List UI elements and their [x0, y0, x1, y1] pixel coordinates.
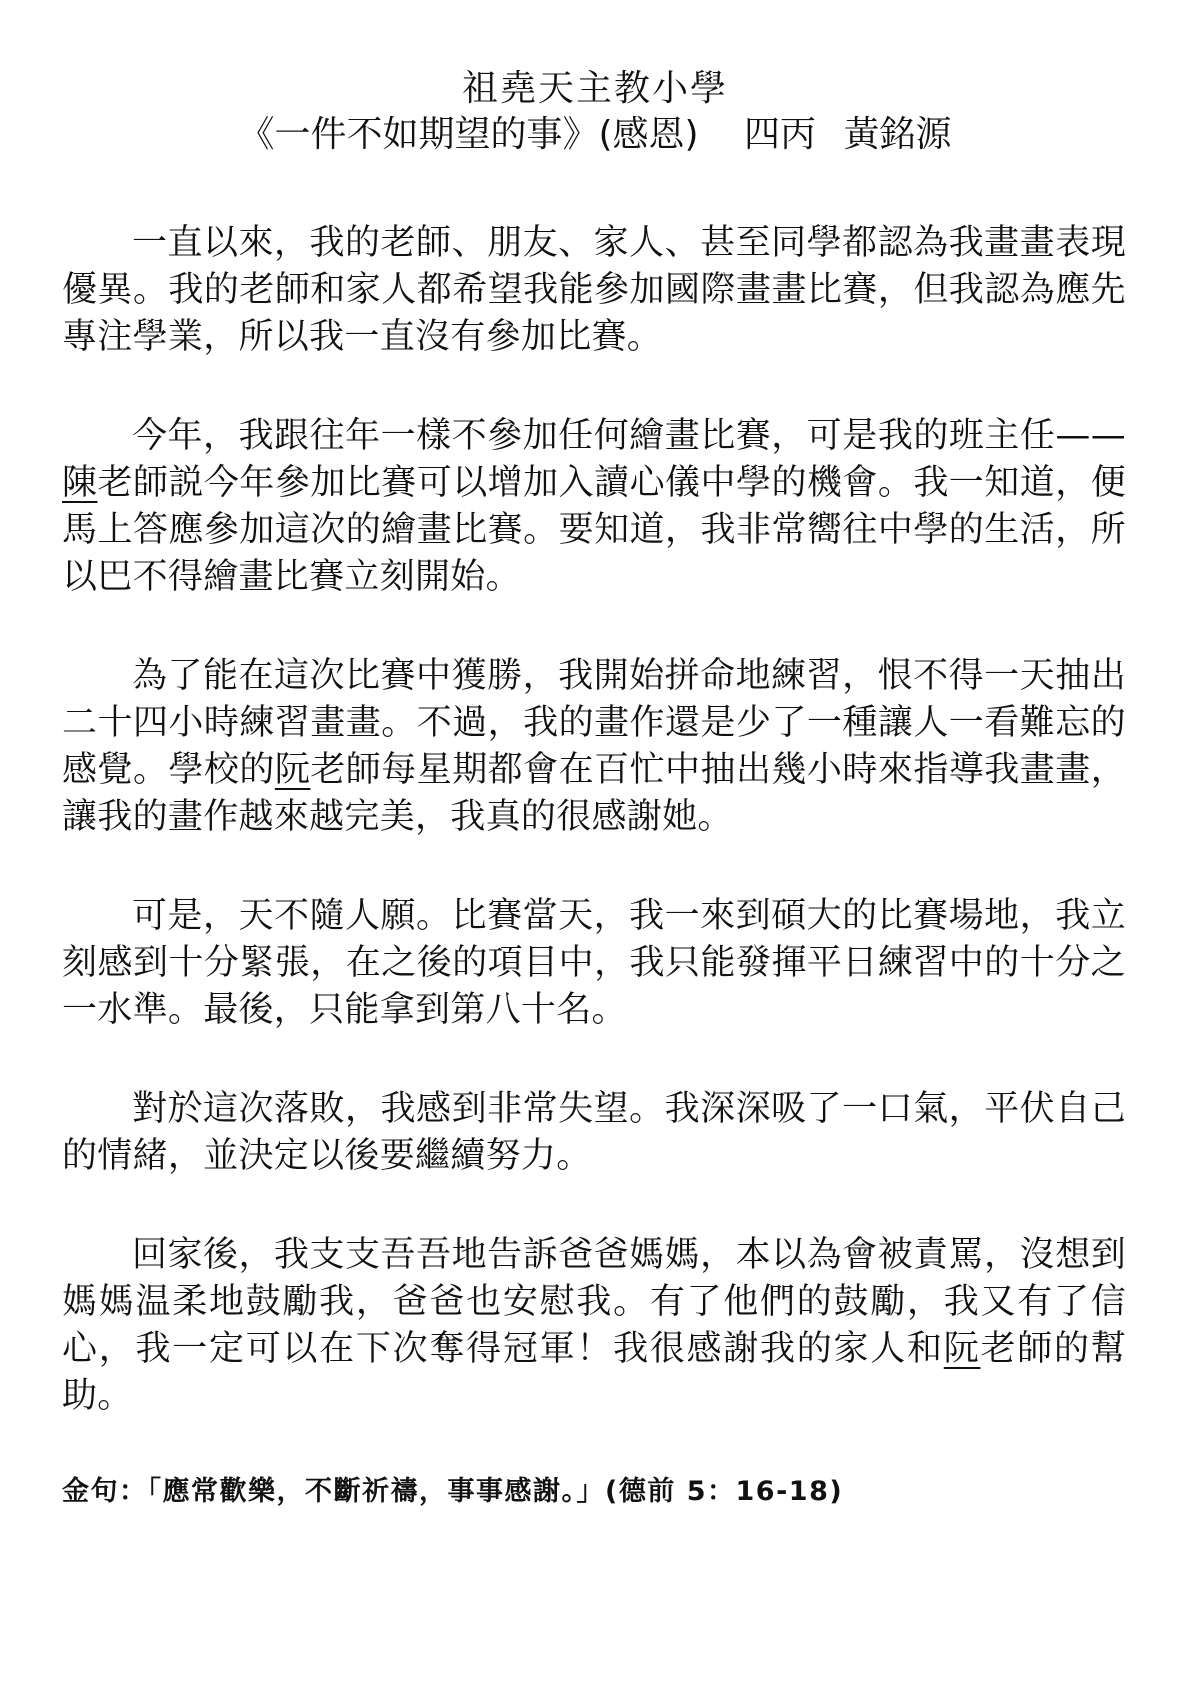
- essay-paragraph: 一直以來，我的老師、朋友、家人、甚至同學都認為我畫畫表現優異。我的老師和家人都希…: [62, 220, 1126, 361]
- paragraph-text: 可是，天不隨人願。比賽當天，我一來到碩大的比賽場地，我立刻感到十分緊張，在之後的…: [62, 896, 1126, 1030]
- author-name: 黃銘源: [844, 114, 952, 155]
- essay-paragraph: 對於這次落敗，我感到非常失望。我深深吸了一口氣，平伏自己的情緒，並決定以後要繼續…: [62, 1086, 1126, 1180]
- essay-heading: 《一件不如期望的事》(感恩) 四丙 黃銘源: [62, 112, 1128, 158]
- paragraph-text: 一直以來，我的老師、朋友、家人、甚至同學都認為我畫畫表現優異。我的老師和家人都希…: [62, 223, 1126, 357]
- essay-paragraph: 今年，我跟往年一樣不參加任何繪畫比賽，可是我的班主任——陳老師説今年參加比賽可以…: [62, 413, 1126, 601]
- golden-verse: 金句：「應常歡樂，不斷祈禱，事事感謝。」(德前 5：16-18): [62, 1472, 1128, 1512]
- paragraph-text: 今年，我跟往年一樣不參加任何繪畫比賽，可是我的班主任——: [132, 416, 1126, 456]
- essay-paragraph: 回家後，我支支吾吾地告訴爸爸媽媽，本以為會被責罵，沒想到媽媽温柔地鼓勵我，爸爸也…: [62, 1232, 1126, 1420]
- class-name: 四丙: [744, 114, 816, 155]
- essay-body: 一直以來，我的老師、朋友、家人、甚至同學都認為我畫畫表現優異。我的老師和家人都希…: [62, 220, 1126, 1420]
- essay-paragraph: 可是，天不隨人願。比賽當天，我一來到碩大的比賽場地，我立刻感到十分緊張，在之後的…: [62, 893, 1126, 1034]
- essay-document: 祖堯天主教小學 《一件不如期望的事》(感恩) 四丙 黃銘源 一直以來，我的老師、…: [0, 0, 1190, 1512]
- essay-paragraph: 為了能在這次比賽中獲勝，我開始拼命地練習，恨不得一天抽出二十四小時練習畫畫。不過…: [62, 653, 1126, 841]
- paragraph-text: 對於這次落敗，我感到非常失望。我深深吸了一口氣，平伏自己的情緒，並決定以後要繼續…: [62, 1089, 1126, 1176]
- essay-title: 《一件不如期望的事》(感恩): [238, 114, 698, 155]
- proper-name-underline: 阮: [944, 1329, 981, 1369]
- paragraph-text: 老師説今年參加比賽可以增加入讀心儀中學的機會。我一知道，便馬上答應參加這次的繪畫…: [62, 463, 1126, 597]
- proper-name-underline: 陳: [62, 463, 97, 503]
- school-name: 祖堯天主教小學: [62, 66, 1128, 112]
- document-page: 祖堯天主教小學 《一件不如期望的事》(感恩) 四丙 黃銘源 一直以來，我的老師、…: [0, 0, 1190, 1683]
- proper-name-underline: 阮: [275, 750, 310, 790]
